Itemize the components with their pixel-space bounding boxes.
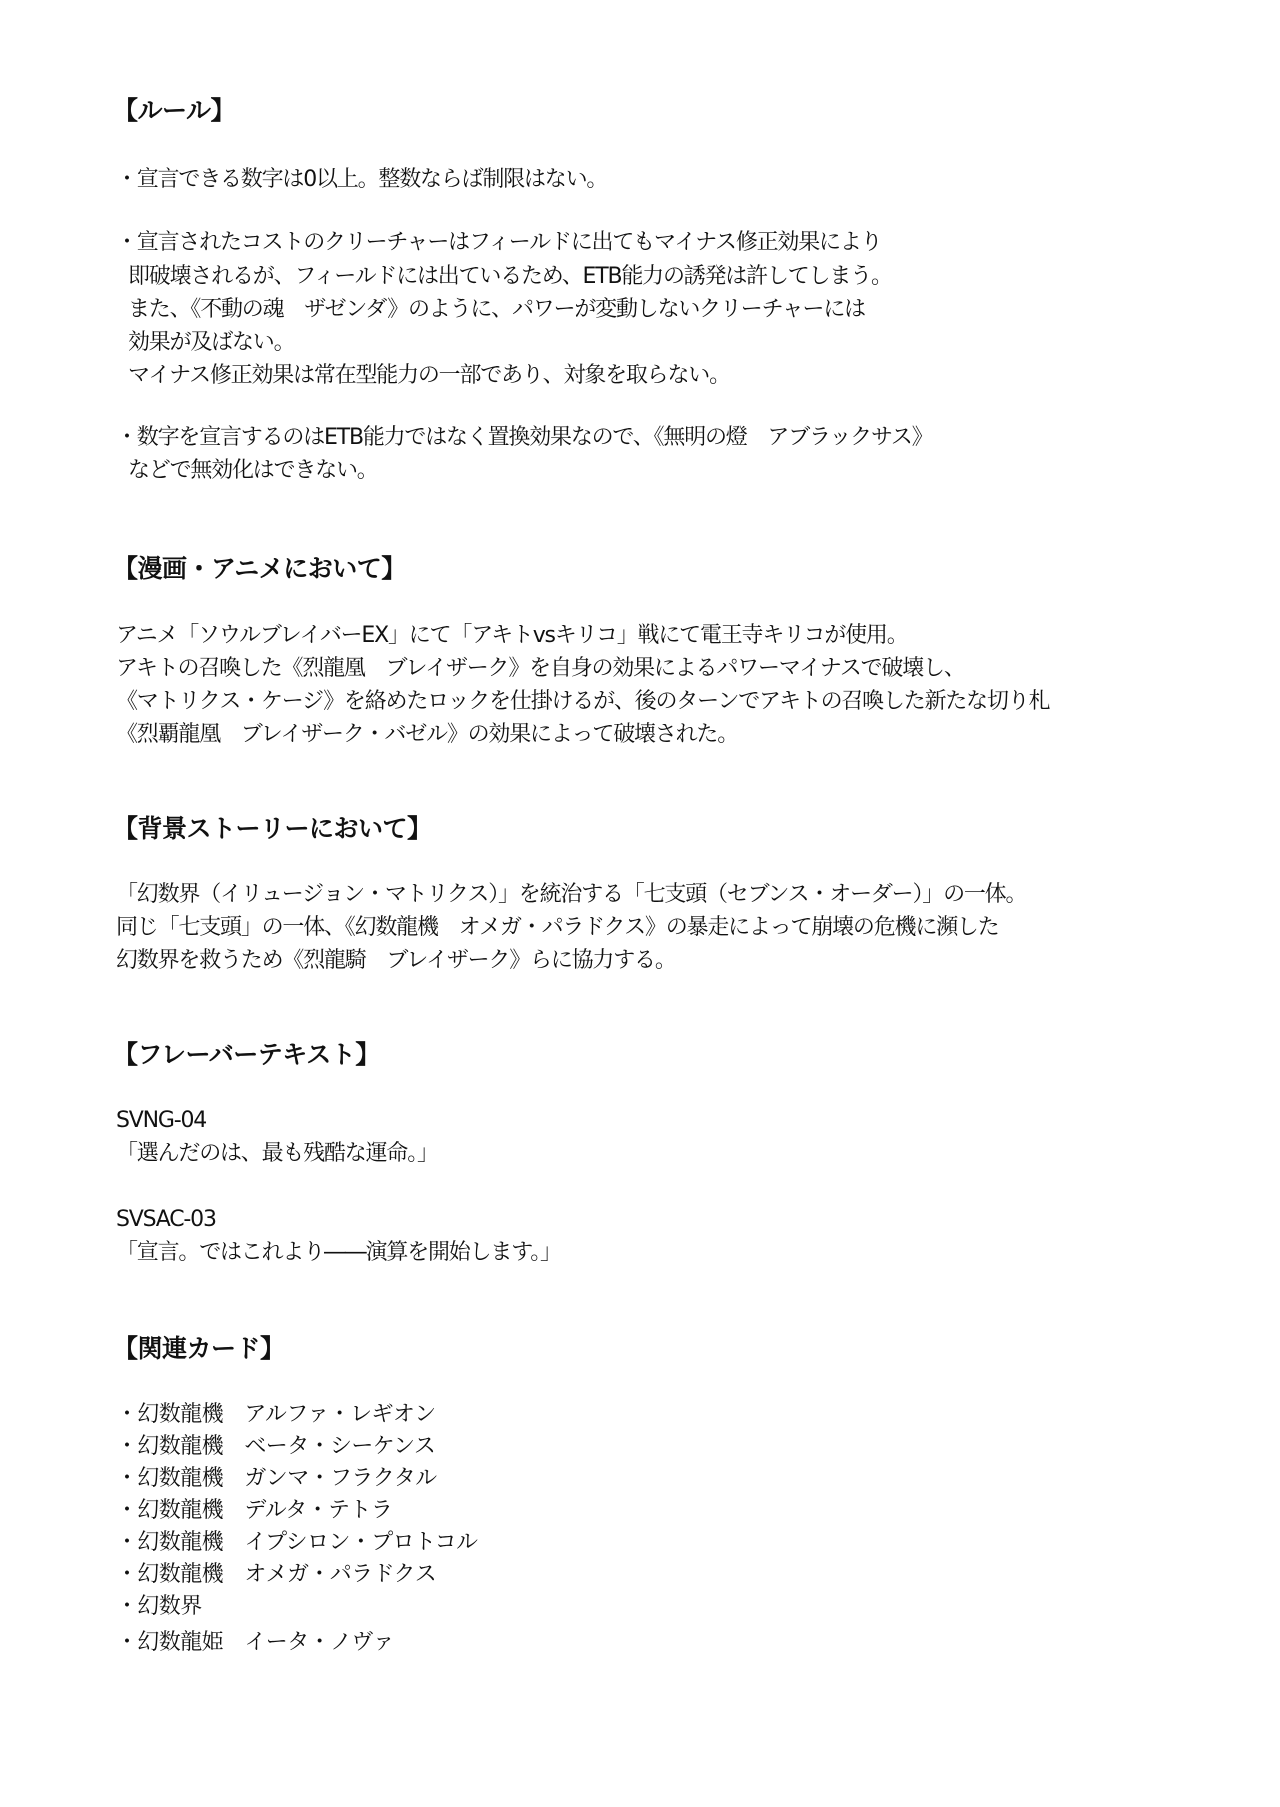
background-story-line: 「幻数界（イリュージョン・マトリクス）」を統治する「七支頭（セブンス・オーダー）… bbox=[116, 880, 1026, 910]
rules-line: ・宣言されたコストのクリーチャーはフィールドに出てもマイナス修正効果により bbox=[116, 228, 881, 258]
related-card-item: ・幻数龍機 アルファ・レギオン bbox=[116, 1400, 436, 1430]
rules-line: 効果が及ばない。 bbox=[128, 328, 294, 358]
section-heading-related-cards: 【関連カード】 bbox=[113, 1334, 285, 1364]
document-page: 【ルール】 ・宣言できる数字は0以上。整数ならば制限はない。 ・宣言されたコスト… bbox=[0, 0, 1280, 1807]
rules-line: などで無効化はできない。 bbox=[128, 456, 378, 486]
flavor-code: SVSAC-03 bbox=[116, 1205, 216, 1235]
rules-line: ・数字を宣言するのはETB能力ではなく置換効果なので、《無明の燈 アブラックサス… bbox=[116, 423, 932, 453]
related-card-item: ・幻数界 bbox=[116, 1592, 202, 1622]
manga-anime-line: 《マトリクス・ケージ》を絡めたロックを仕掛けるが、後のターンでアキトの召喚した新… bbox=[116, 687, 1049, 717]
rules-line: 即破壊されるが、フィールドには出ているため、ETB能力の誘発は許してしまう。 bbox=[128, 262, 892, 292]
section-heading-rules: 【ルール】 bbox=[113, 96, 235, 126]
flavor-quote: 「選んだのは、最も残酷な運命。」 bbox=[116, 1139, 438, 1169]
section-heading-manga-anime: 【漫画・アニメにおいて】 bbox=[113, 554, 406, 584]
flavor-code: SVNG-04 bbox=[116, 1106, 206, 1136]
background-story-line: 同じ「七支頭」の一体、《幻数龍機 オメガ・パラドクス》の暴走によって崩壊の危機に… bbox=[116, 913, 999, 943]
flavor-quote: 「宣言。ではこれより――演算を開始します。」 bbox=[116, 1238, 561, 1268]
related-card-item: ・幻数龍機 デルタ・テトラ bbox=[116, 1496, 392, 1526]
related-card-item: ・幻数龍姫 イータ・ノヴァ bbox=[116, 1628, 394, 1658]
section-heading-flavor-text: 【フレーバーテキスト】 bbox=[113, 1040, 380, 1070]
manga-anime-line: アニメ「ソウルブレイバーEX」にて「アキトvsキリコ」戦にて電王寺キリコが使用。 bbox=[116, 621, 908, 651]
section-heading-background-story: 【背景ストーリーにおいて】 bbox=[113, 814, 432, 844]
manga-anime-line: 《烈覇龍凰 ブレイザーク・バゼル》の効果によって破壊された。 bbox=[116, 720, 738, 750]
related-card-item: ・幻数龍機 ベータ・シーケンス bbox=[116, 1432, 435, 1462]
related-card-item: ・幻数龍機 イプシロン・プロトコル bbox=[116, 1528, 477, 1558]
related-card-item: ・幻数龍機 ガンマ・フラクタル bbox=[116, 1464, 437, 1494]
rules-line: また、《不動の魂 ザゼンダ》のように、パワーが変動しないクリーチャーには bbox=[128, 295, 865, 325]
manga-anime-line: アキトの召喚した《烈龍凰 ブレイザーク》を自身の効果によるパワーマイナスで破壊し… bbox=[116, 654, 965, 684]
rules-line: ・宣言できる数字は0以上。整数ならば制限はない。 bbox=[116, 165, 607, 195]
related-card-item: ・幻数龍機 オメガ・パラドクス bbox=[116, 1560, 436, 1590]
rules-line: マイナス修正効果は常在型能力の一部であり、対象を取らない。 bbox=[128, 361, 730, 391]
background-story-line: 幻数界を救うため《烈龍騎 ブレイザーク》らに協力する。 bbox=[116, 946, 676, 976]
